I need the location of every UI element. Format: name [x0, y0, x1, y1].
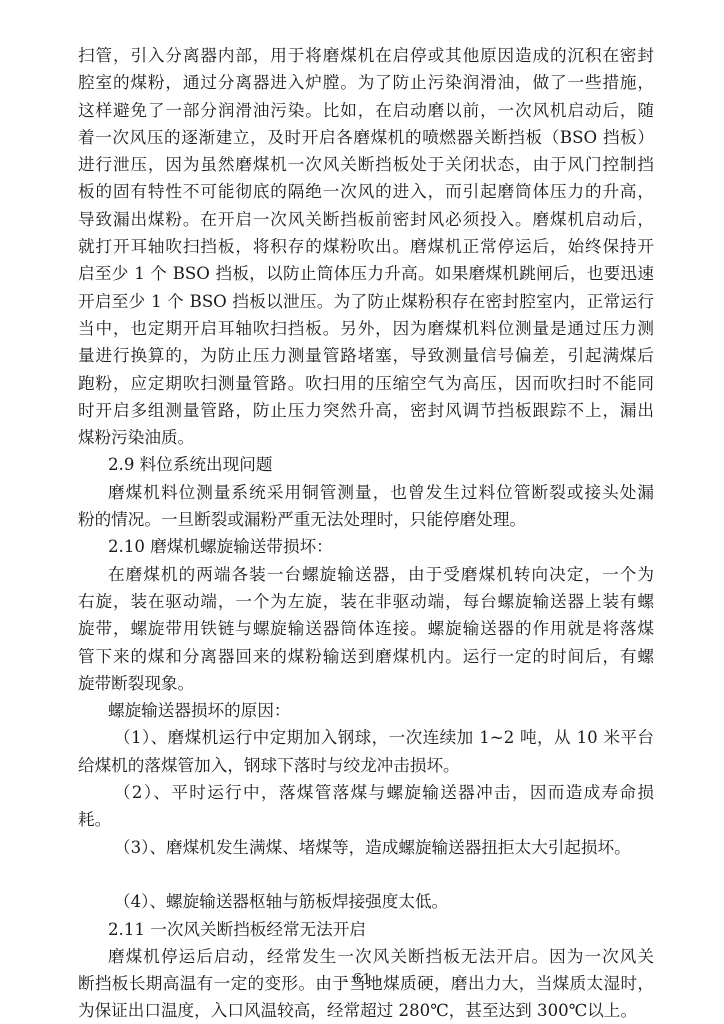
text-line: 板的固有特性不可能彻底的隔绝一次风的进入，而引起磨筒体压力的升高，	[78, 178, 654, 205]
text-line: 旋带断裂现象。	[78, 670, 654, 697]
text-line: 煤粉污染油质。	[78, 424, 654, 451]
section-heading-2-9: 2.9 料位系统出现问题	[78, 451, 654, 478]
text-line: 粉的情况。一旦断裂或漏粉严重无法处理时，只能停磨处理。	[78, 506, 654, 533]
text-line: 时开启多组测量管路，防止压力突然升高，密封风调节挡板跟踪不上，漏出	[78, 397, 654, 424]
text-line: 耗。	[78, 806, 654, 833]
section-heading-2-10: 2.10 磨煤机螺旋输送带损坏：	[78, 533, 654, 560]
text-line: 为保证出口温度，入口风温较高，经常超过 280℃，甚至达到 300℃以上。	[78, 997, 654, 1024]
text-line: 进行泄压，因为虽然磨煤机一次风关断挡板处于关闭状态，由于风门控制挡	[78, 151, 654, 178]
text-line: 管下来的煤和分离器回来的煤粉输送到磨煤机内。运行一定的时间后，有螺	[78, 643, 654, 670]
text-line: 这样避免了一部分润滑油污染。比如，在启动磨以前，一次风机启动后，随	[78, 97, 654, 124]
document-page: 扫管，引入分离器内部，用于将磨煤机在启停或其他原因造成的沉积在密封 腔室的煤粉，…	[78, 42, 654, 1024]
text-line: 开启至少 1 个 BSO 挡板以泄压。为了防止煤粉积存在密封腔室内，正常运行	[78, 288, 654, 315]
page-number: - 61 -	[0, 970, 724, 988]
text-line: 就打开耳轴吹扫挡板，将积存的煤粉吹出。磨煤机正常停运后，始终保持开	[78, 233, 654, 260]
list-item-3: （3）、磨煤机发生满煤、堵煤等，造成螺旋输送器扭拒太大引起损坏。	[78, 834, 654, 861]
text-line: 跑粉，应定期吹扫测量管路。吹扫用的压缩空气为高压，因而吹扫时不能同	[78, 370, 654, 397]
list-item-1: （1）、磨煤机运行中定期加入钢球，一次连续加 1~2 吨，从 10 米平台	[78, 724, 654, 751]
text-line: 右旋，装在驱动端，一个为左旋，装在非驱动端，每台螺旋输送器上装有螺	[78, 588, 654, 615]
text-line: 在磨煤机的两端各装一台螺旋输送器，由于受磨煤机转向决定，一个为	[78, 561, 654, 588]
list-item-4: （4）、螺旋输送器枢轴与筋板焊接强度太低。	[78, 888, 654, 915]
text-line: 磨煤机停运后启动，经常发生一次风关断挡板无法开启。因为一次风关	[78, 943, 654, 970]
text-line: 旋带，螺旋带用铁链与螺旋输送器筒体连接。螺旋输送器的作用就是将落煤	[78, 615, 654, 642]
text-line: 量进行换算的，为防止压力测量管路堵塞，导致测量信号偏差，引起满煤后	[78, 342, 654, 369]
text-line: 导致漏出煤粉。在开启一次风关断挡板前密封风必须投入。磨煤机启动后，	[78, 206, 654, 233]
text-line: 腔室的煤粉，通过分离器进入炉膛。为了防止污染润滑油，做了一些措施，	[78, 69, 654, 96]
text-line: 当中，也定期开启耳轴吹扫挡板。另外，因为磨煤机料位测量是通过压力测	[78, 315, 654, 342]
text-line: 着一次风压的逐渐建立，及时开启各磨煤机的喷燃器关断挡板（BSO 挡板）	[78, 124, 654, 151]
subheading-causes: 螺旋输送器损坏的原因：	[78, 697, 654, 724]
text-line: 磨煤机料位测量系统采用铜管测量，也曾发生过料位管断裂或接头处漏	[78, 479, 654, 506]
list-item-2: （2）、平时运行中，落煤管落煤与螺旋输送器冲击，因而造成寿命损	[78, 779, 654, 806]
text-line: 扫管，引入分离器内部，用于将磨煤机在启停或其他原因造成的沉积在密封	[78, 42, 654, 69]
blank-line	[78, 861, 654, 888]
text-line: 给煤机的落煤管加入，钢球下落时与绞龙冲击损坏。	[78, 752, 654, 779]
text-line: 启至少 1 个 BSO 挡板，以防止筒体压力升高。如果磨煤机跳闸后，也要迅速	[78, 260, 654, 287]
section-heading-2-11: 2.11 一次风关断挡板经常无法开启	[78, 916, 654, 943]
